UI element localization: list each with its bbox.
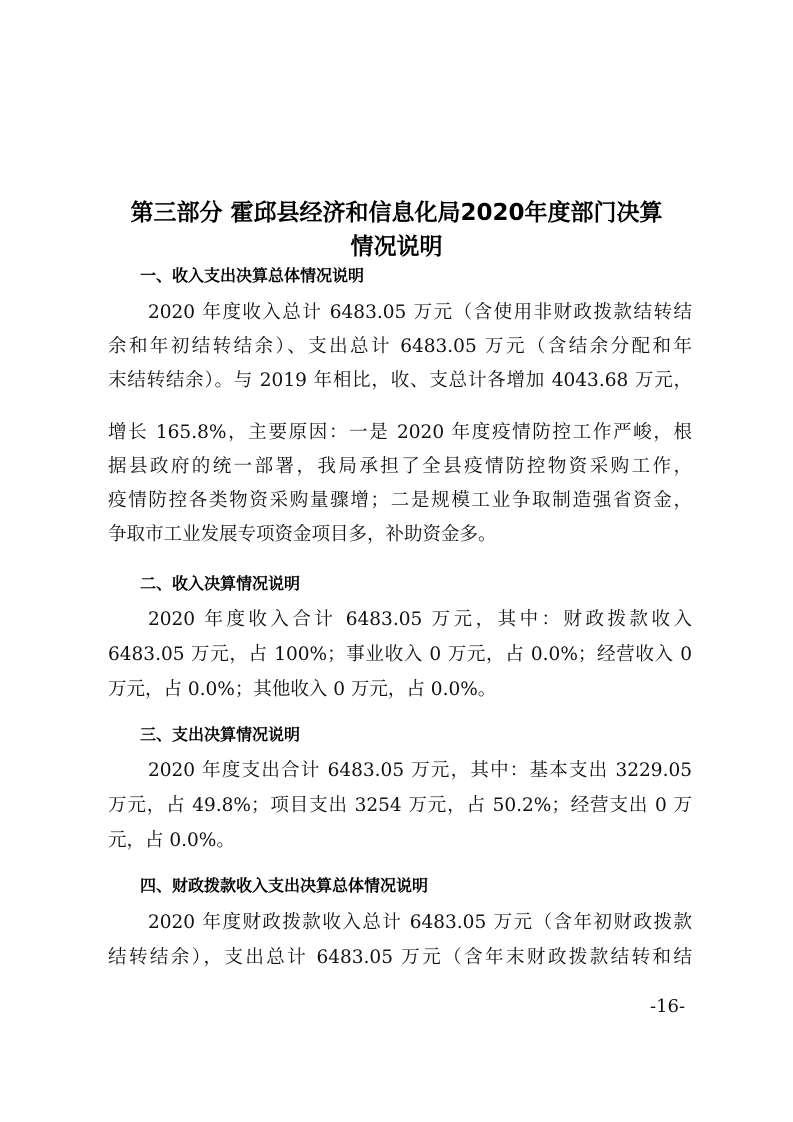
paragraph-line: 增长 165.8%，主要原因：一是 2020 年度疫情防控工作严峻，根 (108, 418, 692, 444)
paragraph-line: 2020 年度财政拨款收入总计 6483.05 万元（含年初财政拨款 (148, 908, 692, 934)
paragraph-line: 末结转结余）。与 2019 年相比，收、支总计各增加 4043.68 万元， (108, 366, 692, 392)
paragraph-line: 疫情防控各类物资采购量骤增；二是规模工业争取制造强省资金， (108, 486, 692, 512)
section-heading-2: 二、收入决算情况说明 (140, 571, 300, 594)
paragraph-line: 据县政府的统一部署，我局承担了全县疫情防控物资采购工作， (108, 452, 692, 478)
page-title-line-2: 情况说明 (100, 228, 693, 261)
paragraph-line: 万元，占 49.8%；项目支出 3254 万元，占 50.2%；经营支出 0 万 (108, 791, 692, 817)
paragraph-line: 2020 年度支出合计 6483.05 万元，其中：基本支出 3229.05 (148, 756, 692, 782)
paragraph-line: 2020 年度收入总计 6483.05 万元（含使用非财政拨款结转结 (148, 298, 692, 324)
section-heading-4: 四、财政拨款收入支出决算总体情况说明 (140, 873, 428, 896)
paragraph-line: 争取市工业发展专项资金项目多，补助资金多。 (108, 520, 692, 546)
page-number: -16- (650, 996, 685, 1017)
paragraph-line: 2020 年度收入合计 6483.05 万元，其中：财政拨款收入 (148, 605, 692, 631)
paragraph-line: 余和年初结转结余）、支出总计 6483.05 万元（含结余分配和年 (108, 332, 692, 358)
paragraph-line: 6483.05 万元，占 100%；事业收入 0 万元，占 0.0%；经营收入 … (108, 640, 692, 666)
page-title-line-1: 第三部分 霍邱县经济和信息化局2020年度部门决算 (100, 194, 693, 227)
paragraph-line: 结转结余），支出总计 6483.05 万元（含年末财政拨款结转和结 (108, 943, 692, 969)
section-heading-3: 三、支出决算情况说明 (140, 722, 300, 745)
section-heading-1: 一、收入支出决算总体情况说明 (140, 263, 364, 286)
paragraph-line: 万元，占 0.0%；其他收入 0 万元，占 0.0%。 (108, 675, 692, 701)
paragraph-line: 元，占 0.0%。 (108, 826, 692, 852)
